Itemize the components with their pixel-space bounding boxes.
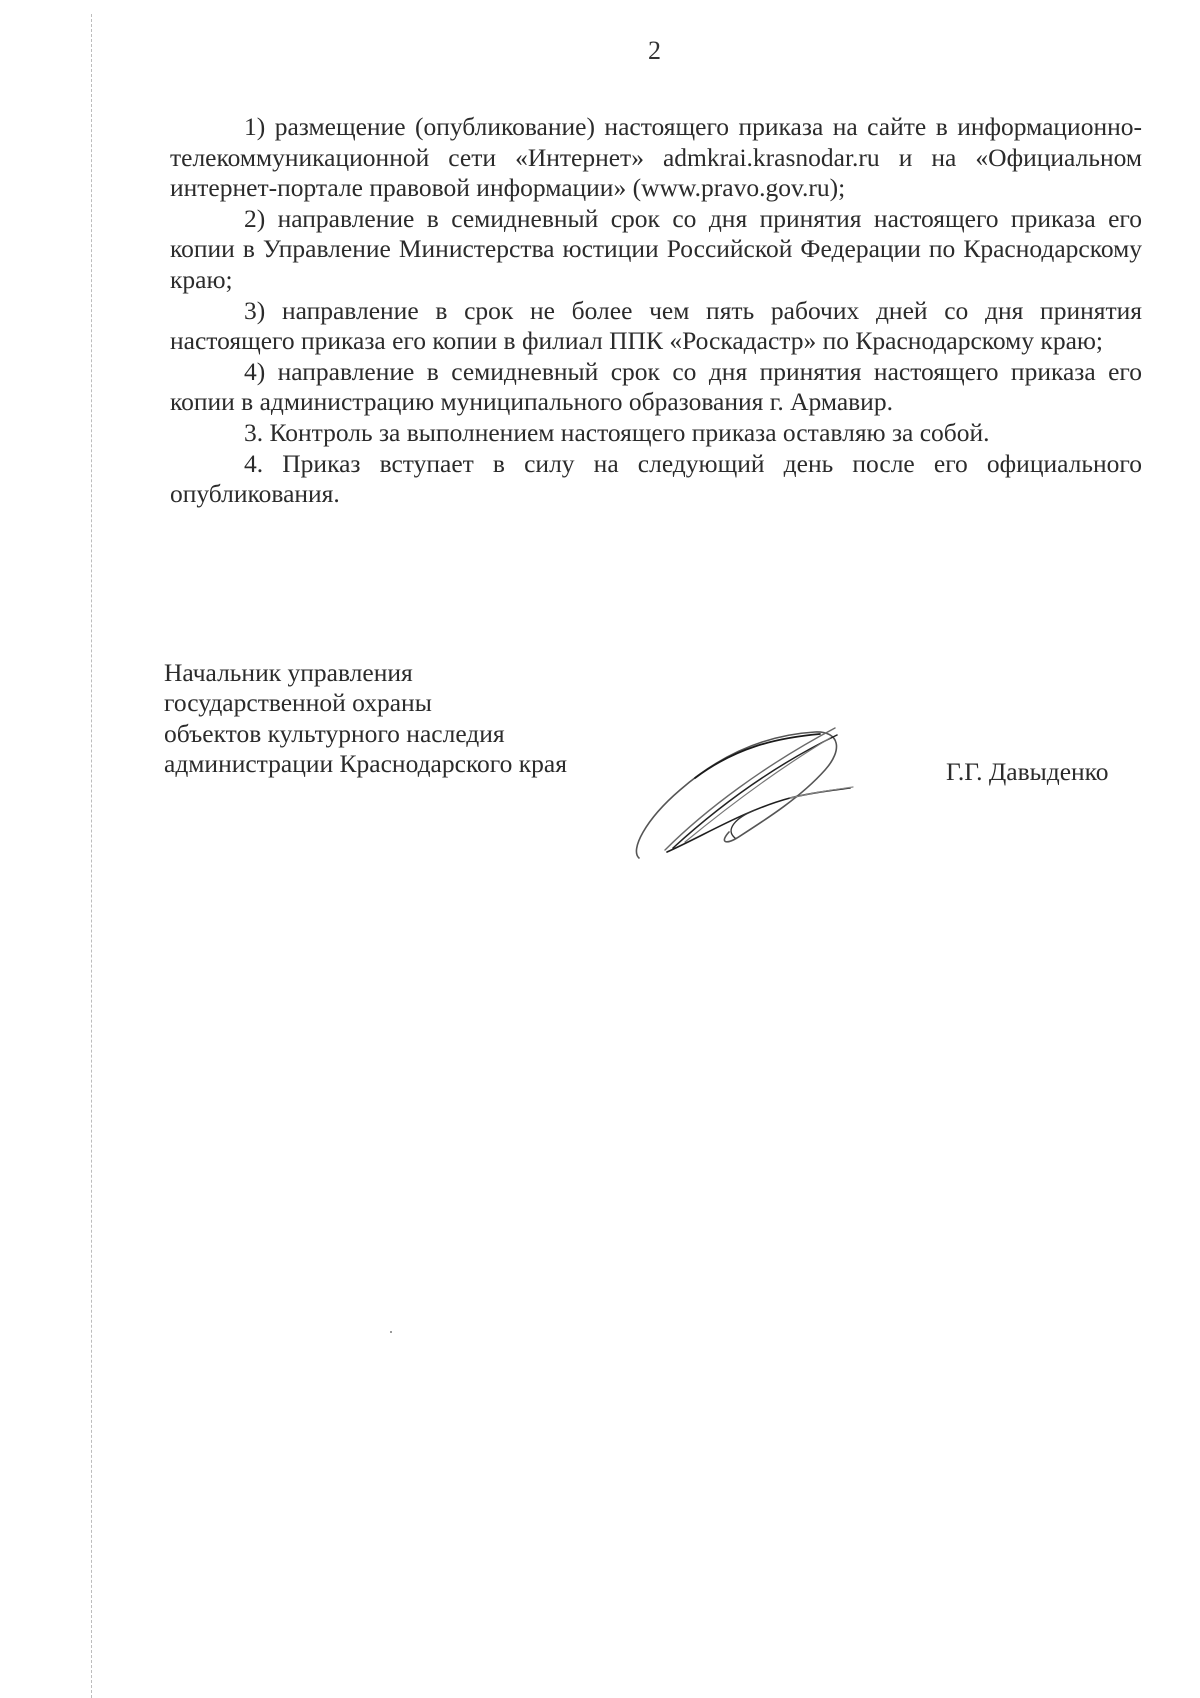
scan-speck bbox=[390, 1331, 392, 1333]
page-number: 2 bbox=[648, 36, 661, 66]
scan-margin-line bbox=[91, 14, 92, 1698]
signatory-title-line: администрации Краснодарского края bbox=[164, 749, 567, 779]
signer-name: Г.Г. Давыденко bbox=[946, 757, 1109, 787]
paragraph-item-2: 2) направление в семидневный срок со дня… bbox=[170, 204, 1142, 296]
signature-icon bbox=[625, 710, 855, 860]
signatory-title-line: государственной охраны bbox=[164, 688, 567, 718]
signatory-title-line: Начальник управления bbox=[164, 658, 567, 688]
signatory-title-line: объектов культурного наследия bbox=[164, 719, 567, 749]
paragraph-item-4: 4) направление в семидневный срок со дня… bbox=[170, 357, 1142, 418]
signatory-title-block: Начальник управления государственной охр… bbox=[164, 658, 567, 779]
paragraph-control: 3. Контроль за выполнением настоящего пр… bbox=[170, 418, 1142, 449]
paragraph-item-1: 1) размещение (опубликование) настоящего… bbox=[170, 112, 1142, 204]
document-body: 1) размещение (опубликование) настоящего… bbox=[170, 112, 1142, 510]
paragraph-effective-date: 4. Приказ вступает в силу на следующий д… bbox=[170, 449, 1142, 510]
paragraph-item-3: 3) направление в срок не более чем пять … bbox=[170, 296, 1142, 357]
